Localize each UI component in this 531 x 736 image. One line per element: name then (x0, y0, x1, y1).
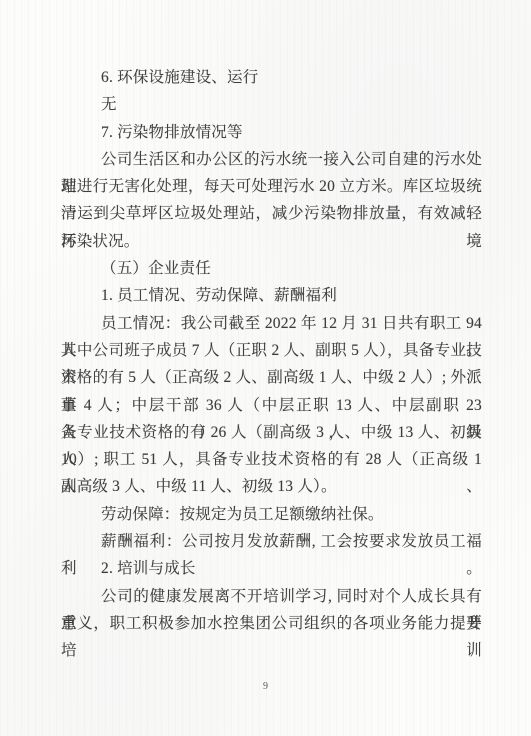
text-line: 员工情况：我公司截至 2022 年 12 月 31 日共有职工 94 人。 (61, 310, 482, 337)
text-line: 事 4 人；中层干部 36 人（中层正职 13 人、中层副职 23 人），具 (61, 392, 482, 419)
text-line: 站进行无害化处理，每天可处理污水 20 立方米。库区垃圾统一 (61, 173, 482, 200)
document-page: 6. 环保设施建设、运行 无 7. 污染物排放情况等 公司生活区和办公区的污水统… (0, 0, 531, 736)
text-line: 公司的健康发展离不开培训学习, 同时对个人成长具有重要 (61, 583, 482, 610)
text-line: 劳动保障：按规定为员工足额缴纳社保。 (61, 501, 482, 528)
text-line: 无 (61, 91, 482, 118)
text-line: 6. 环保设施建设、运行 (61, 64, 482, 91)
text-line: 薪酬福利：公司按月发放薪酬, 工会按要求发放员工福利。 (61, 528, 482, 555)
text-line: 其中公司班子成员 7 人（正职 2 人、副职 5 人），具备专业技术 (61, 337, 482, 364)
document-body: 6. 环保设施建设、运行 无 7. 污染物排放情况等 公司生活区和办公区的污水统… (61, 64, 482, 637)
sub-heading: 1. 员工情况、劳动保障、薪酬福利 (61, 282, 482, 309)
text-line: 清运到尖草坪区垃圾处理站，减少污染物排放量，有效减轻环境 (61, 200, 482, 227)
text-line: 人）; 职工 51 人，具备专业技术资格的有 28 人（正高级 1 人、 (61, 446, 482, 473)
text-line: 资格的有 5 人（正高级 2 人、副高级 1 人、中级 2 人）; 外派董 (61, 364, 482, 391)
text-line: 备专业技术资格的有 26 人（副高级 3 人、中级 13 人、初级 10 (61, 419, 482, 446)
text-line: 公司生活区和办公区的污水统一接入公司自建的污水处理 (61, 146, 482, 173)
text-line: 意义，职工积极参加水控集团公司组织的各项业务能力提升培训 (61, 610, 482, 637)
text-line: 7. 污染物排放情况等 (61, 119, 482, 146)
page-number: 9 (0, 681, 531, 692)
section-heading: （五）企业责任 (61, 255, 482, 282)
